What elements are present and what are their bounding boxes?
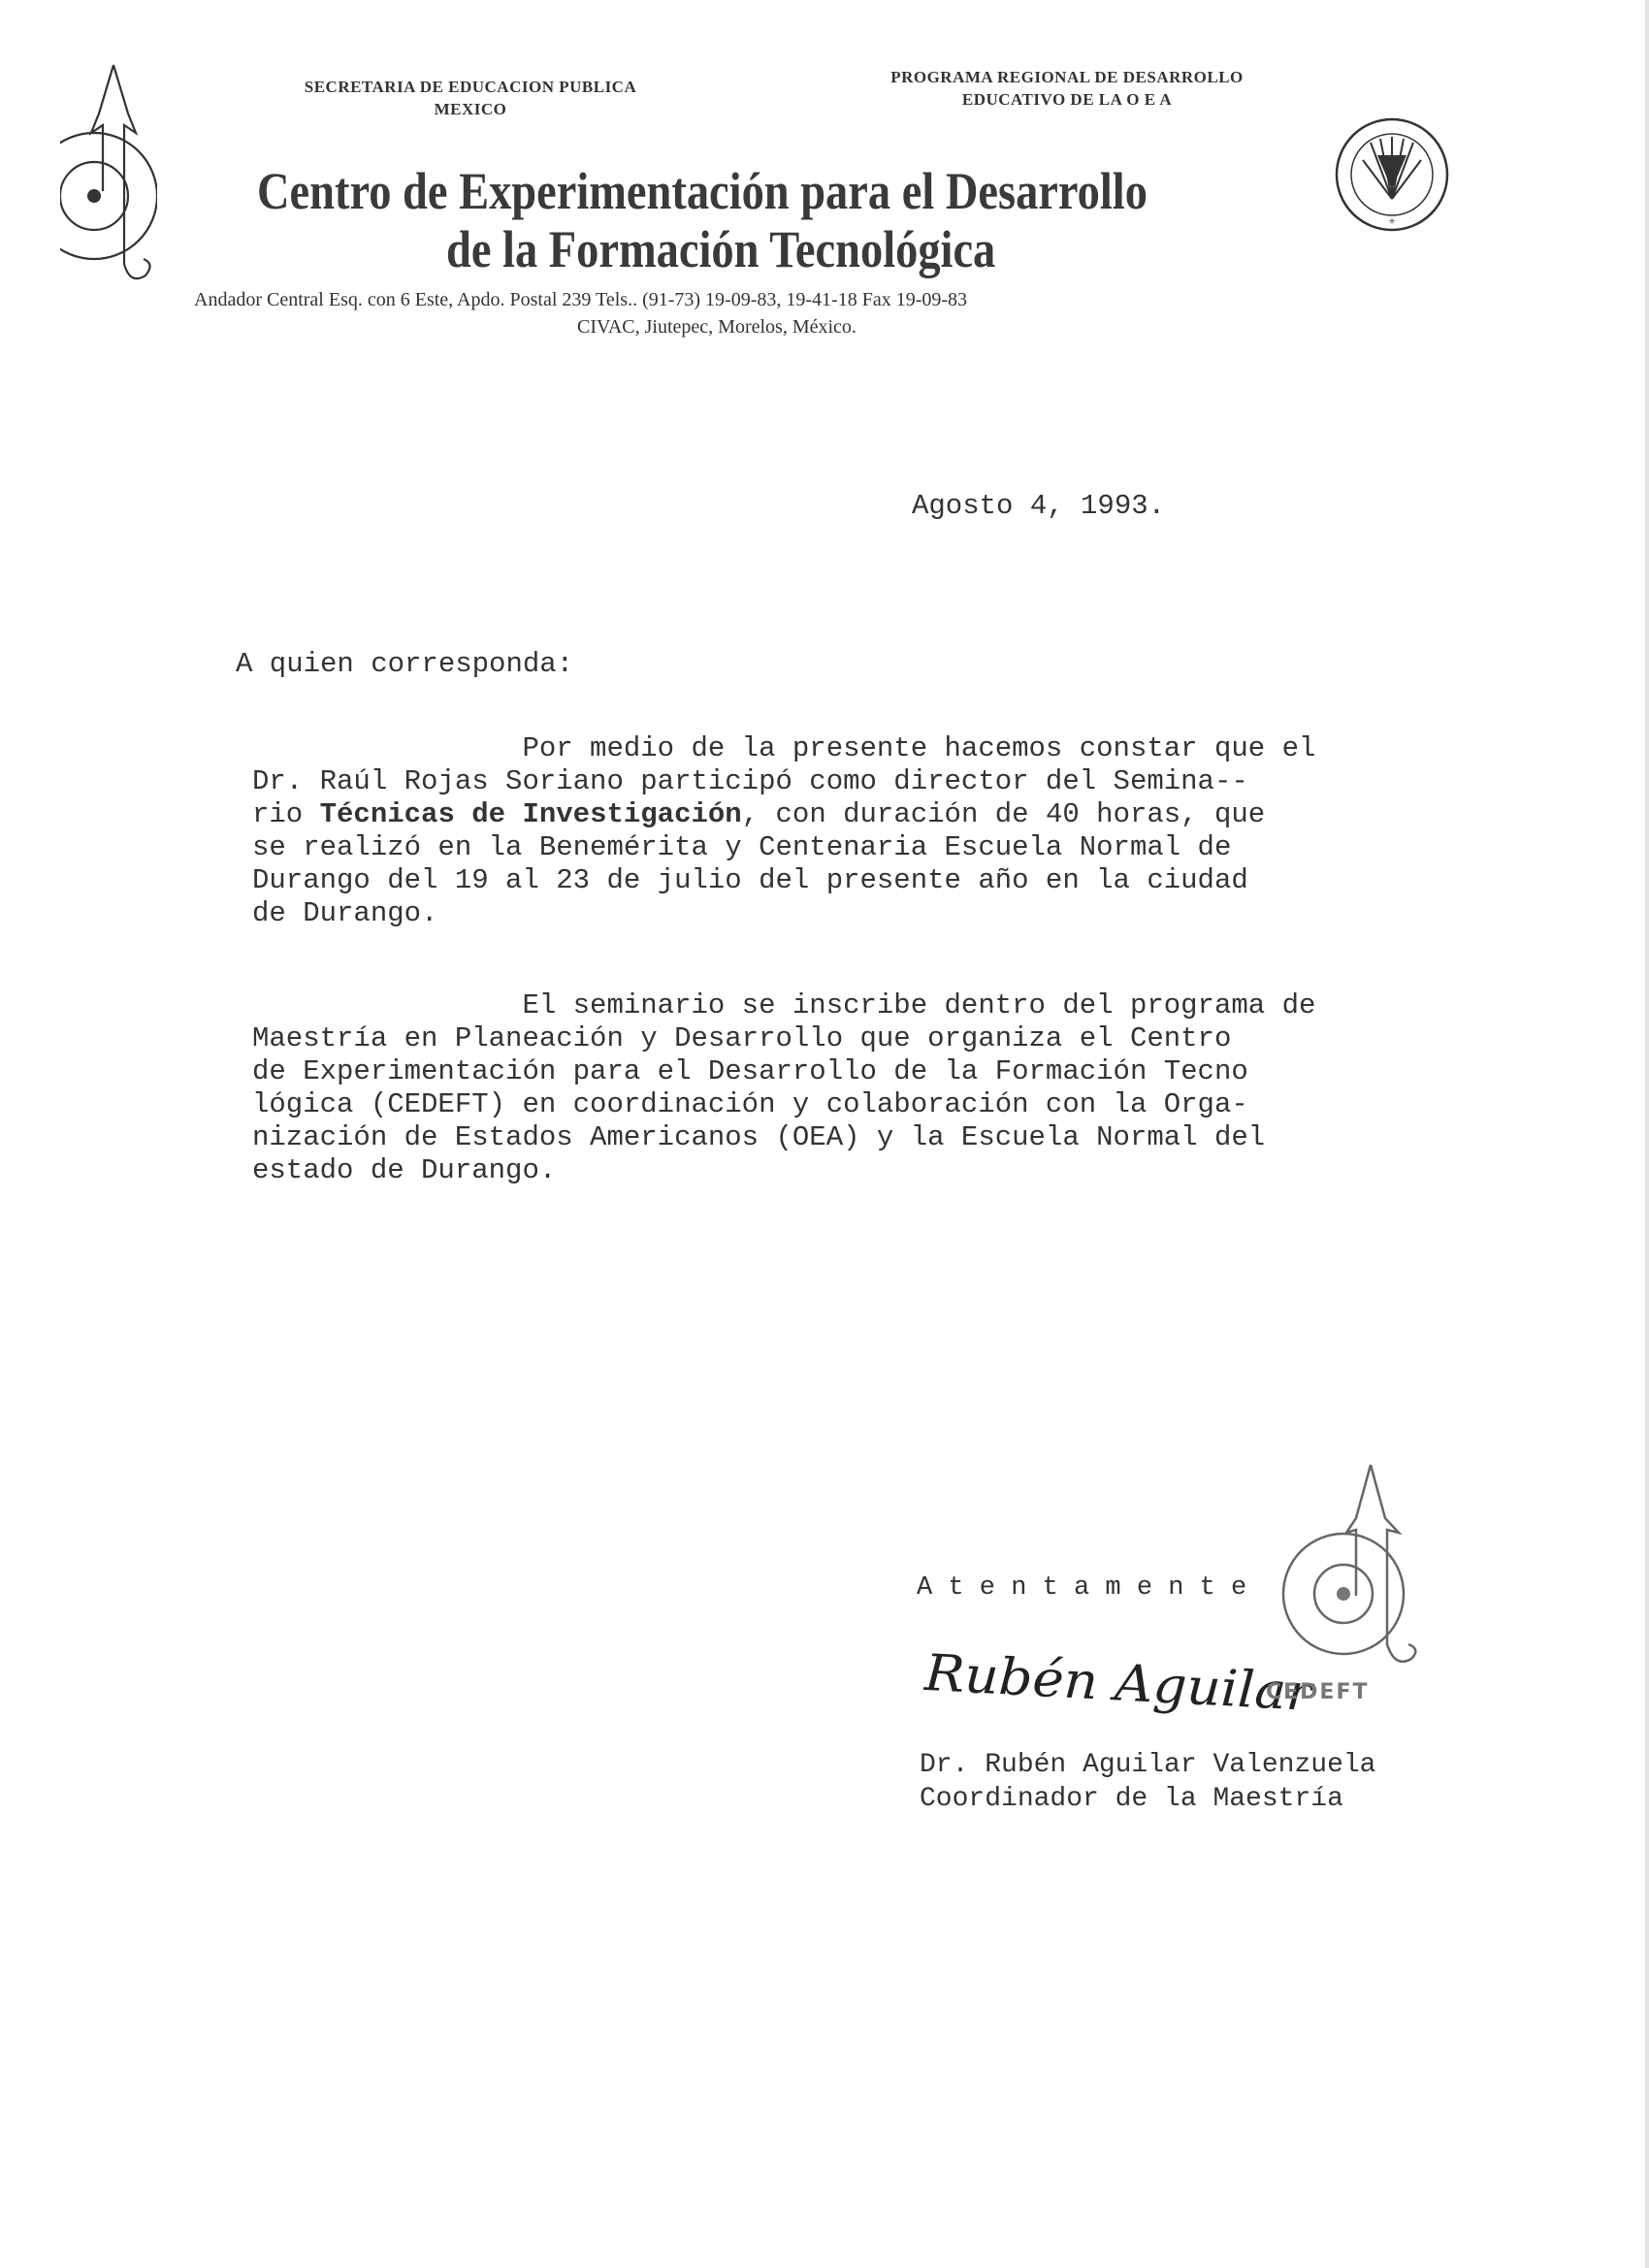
address-line2: CIVAC, Jiutepec, Morelos, México. bbox=[577, 316, 857, 339]
signer-name: Dr. Rubén Aguilar Valenzuela bbox=[920, 1749, 1375, 1782]
oea-program-line1: PROGRAMA REGIONAL DE DESARROLLO bbox=[834, 68, 1300, 87]
paragraph-2: El seminario se inscribe dentro del prog… bbox=[252, 989, 1315, 1187]
closing: A t e n t a m e n t e bbox=[917, 1571, 1246, 1604]
paragraph-2-line: El seminario se inscribe dentro del prog… bbox=[252, 989, 1315, 1022]
org-title-line2: de la Formación Tecnológica bbox=[446, 223, 995, 275]
paragraph-2-line: estado de Durango. bbox=[252, 1154, 1315, 1187]
page-edge bbox=[1645, 0, 1649, 2268]
letter-date: Agosto 4, 1993. bbox=[912, 490, 1165, 523]
paragraph-2-line: de Experimentación para el Desarrollo de… bbox=[252, 1055, 1315, 1088]
stamp-text: CEDEFT bbox=[1266, 1680, 1370, 1704]
seminar-title: Técnicas de Investigación bbox=[320, 798, 742, 830]
address-line1: Andador Central Esq. con 6 Este, Apdo. P… bbox=[194, 289, 967, 311]
paragraph-1: Por medio de la presente hacemos constar… bbox=[252, 732, 1315, 930]
paragraph-1-line: de Durango. bbox=[252, 897, 1315, 930]
paragraph-1-line: Dr. Raúl Rojas Soriano participó como di… bbox=[252, 765, 1315, 798]
oea-seal-icon: ✳ bbox=[1334, 82, 1450, 267]
cedeft-logo-icon bbox=[60, 60, 157, 288]
sep-name: SECRETARIA DE EDUCACION PUBLICA bbox=[257, 78, 684, 97]
paragraph-1-line: Por medio de la presente hacemos constar… bbox=[252, 732, 1315, 765]
paragraph-2-line: nización de Estados Americanos (OEA) y l… bbox=[252, 1121, 1315, 1154]
signer-title: Coordinador de la Maestría bbox=[920, 1783, 1343, 1816]
paragraph-1-line: se realizó en la Benemérita y Centenaria… bbox=[252, 831, 1315, 864]
org-title-line1: Centro de Experimentación para el Desarr… bbox=[257, 165, 1148, 217]
sep-country: MEXICO bbox=[257, 100, 684, 119]
cedeft-stamp-icon bbox=[1251, 1460, 1445, 1683]
paragraph-2-line: lógica (CEDEFT) en coordinación y colabo… bbox=[252, 1088, 1315, 1121]
paragraph-1-line: Durango del 19 al 23 de julio del presen… bbox=[252, 864, 1315, 897]
paragraph-1-line: rio Técnicas de Investigación, con durac… bbox=[252, 798, 1315, 831]
salutation: A quien corresponda: bbox=[236, 648, 573, 681]
paragraph-2-line: Maestría en Planeación y Desarrollo que … bbox=[252, 1022, 1315, 1055]
svg-text:✳: ✳ bbox=[1388, 216, 1396, 226]
oea-program-line2: EDUCATIVO DE LA O E A bbox=[834, 90, 1300, 110]
